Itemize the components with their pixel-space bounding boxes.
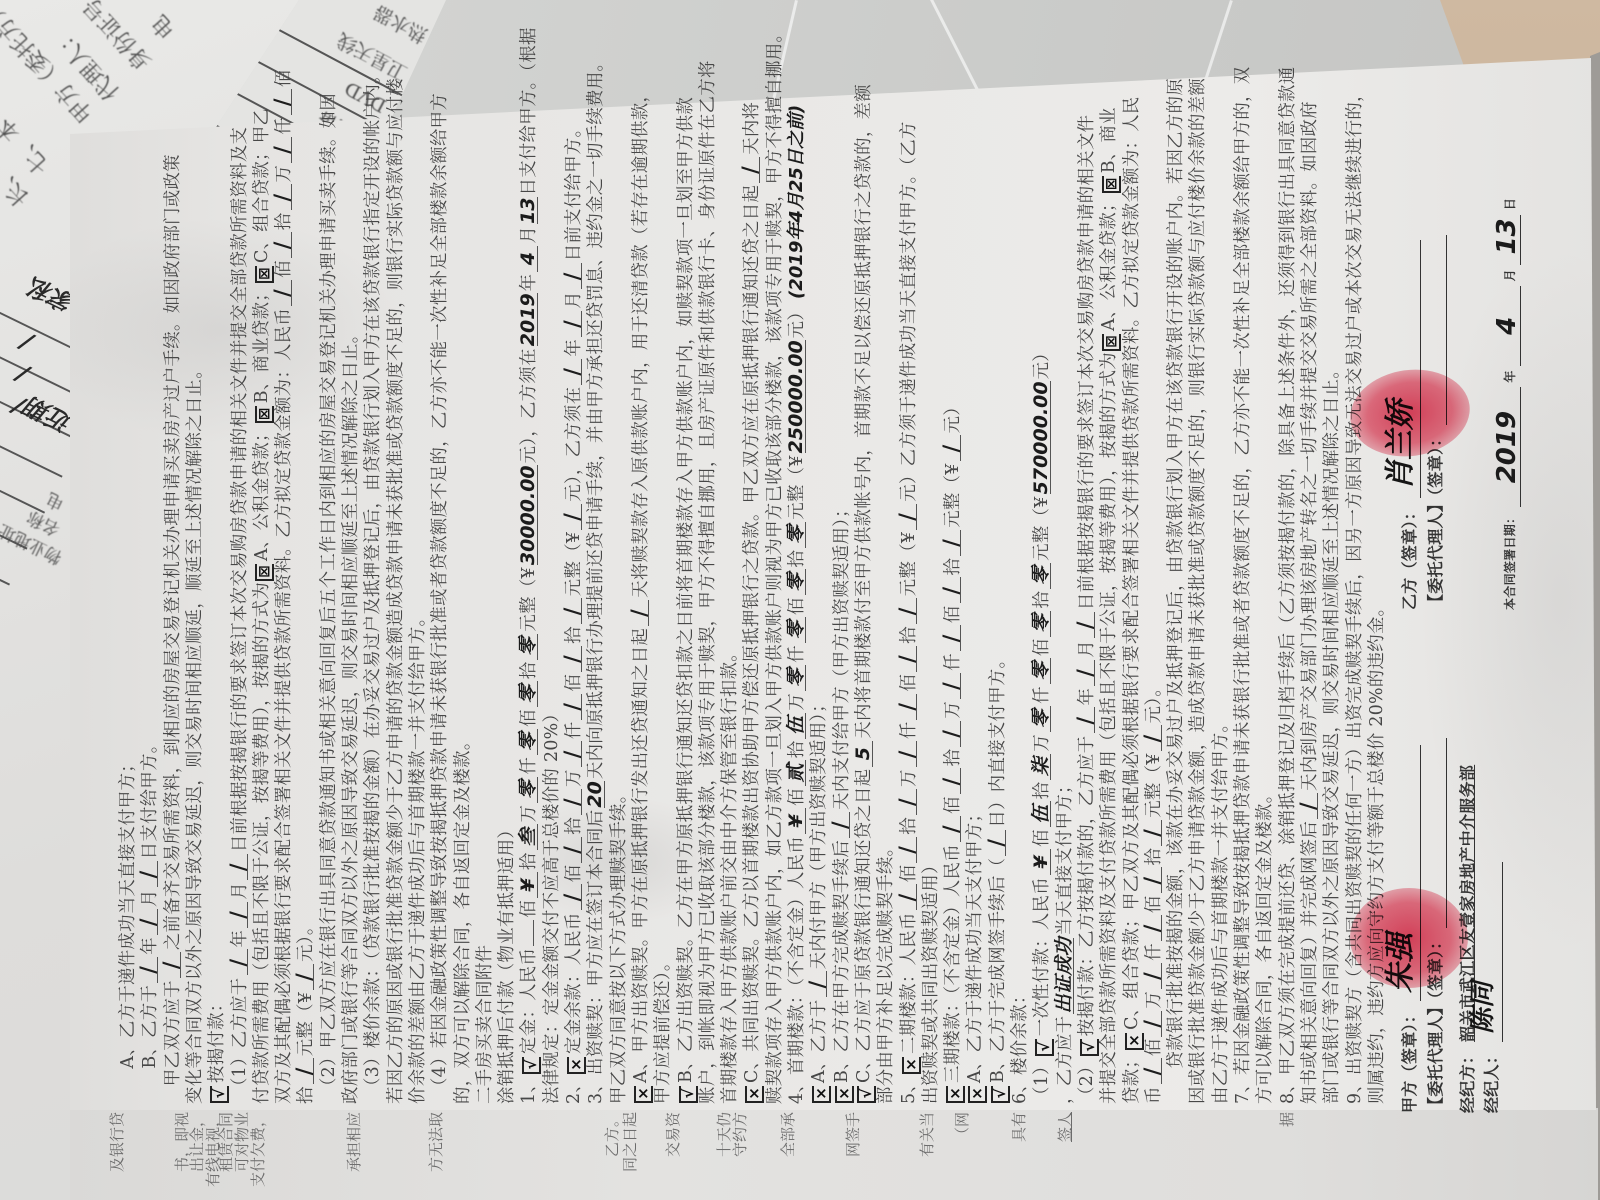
printed-text: 仟 [519,757,539,775]
checkbox-crossed-icon: × [835,1086,854,1103]
printed-text: 日）内直接支付甲方。 [988,651,1008,828]
printed-text: 年 [1077,688,1097,706]
printed-text: 由乙方于递件成功后与首期楼款一并支付给甲方。 [1211,715,1231,1104]
handwritten-field: 零 [787,522,806,548]
printed-text: 政府部门或银行等合同双方以外之原因导致交易延迟，则交易时间相应顺延至上述情况解除… [341,326,361,1104]
printed-text: 万 [1032,734,1052,752]
struck-blank-field: / [942,721,961,747]
struck-blank-field: / [942,435,961,461]
printed-text: 5、 [899,1075,919,1104]
printed-text: 定金余款：人民币 [564,912,584,1054]
printed-text: 月 [564,291,584,309]
checkbox-crossed-icon: × [745,1086,764,1103]
checkbox-checked-icon: √ [991,1086,1010,1103]
handwritten-field: 5 [854,741,873,767]
printed-text: 价余款的差额由乙方于递件成功后与首期楼款一并支付给甲方。 [408,609,428,1104]
printed-text: 账户，到帐即视为甲方已收取该部分楼款，该款项专用于赎契，甲方不得擅自挪用，且房产… [698,60,718,1104]
under-page-text: 及银行贷 书，即视 出让金， 有线电视， 租赁合同 可对物业 支付欠费， 承担相… [100,1112,1400,1200]
struck-blank-field: / [1299,793,1318,819]
handwritten-field: 零 [519,634,538,660]
contract-line: 拾/元整（¥/元）。 [295,917,317,1104]
printed-text: 按揭付款： [207,995,227,1083]
printed-text: 元），乙方须在 [564,387,584,502]
struck-blank-field: / [1143,1011,1162,1037]
printed-text: 佰 [1032,639,1052,657]
printed-text: C、共同出资赎契。乙方以首期楼款出资协助甲方偿还原抵押银行之贷款。甲乙双方应在原… [742,185,762,1083]
printed-text: 佰 [519,709,539,727]
contract-line: （4）若因金融政策性调整导致按揭抵押贷款申请未获银行批准或者贷款额度不足的，乙方… [429,93,451,1104]
printed-text: 仟 [564,722,584,740]
printed-text: 三期楼款：（不含定金）人民币 [943,844,963,1083]
printed-text: 变化等合同双方以外之原因导致交易延迟，则交易时间相应顺延，顺延至上述情况解除之日… [185,361,205,1104]
struck-blank-field: / [630,600,649,626]
printed-text: 部分由甲方补足以完成赎契手续。 [876,839,896,1104]
printed-text: 仟 [274,117,294,135]
printed-text: 拾 [564,626,584,644]
contract-line: √按揭付款： [206,995,228,1104]
checkbox-checked-icon: √ [679,1086,698,1103]
struck-blank-field: / [563,789,582,815]
printed-text: 日支付给甲方。 [140,736,160,860]
struck-blank-field: / [1143,820,1162,846]
printed-text: 月 [140,889,160,907]
printed-text: 日前支付给甲方。 [564,120,584,262]
printed-text: A、乙方于递件成功当天支付甲方； [965,805,985,1083]
year-unit: 年 [1503,370,1517,382]
contract-line: 由乙方于递件成功后与首期楼款一并支付给甲方。 [1210,715,1232,1104]
contract-line: 付贷款所需费用（包括且不限于公证，按揭等费用），按揭的方式为⊠A、公积金贷款；⊠… [251,108,273,1104]
printed-text: 佰 [787,597,807,615]
checkbox-crossed-icon: × [902,1057,921,1074]
printed-text: 双方及其配偶必须根据银行要求配合签署相关文件并提供贷款所需资料。乙方拟定贷款金额… [274,308,294,1104]
struck-blank-field: / [898,837,917,863]
printed-text: 8、甲乙双方须在完成提前还贷、涂销抵押登记及归档手续后（乙方须按揭付款的，除具备… [1278,67,1298,1104]
printed-text: 法律规定：定金金额交付不应高于总楼价的 20%） [542,705,562,1104]
sign-date-row: 本合同签署日期： 2019 年 4 月 13 日 [1499,198,1521,610]
struck-blank-field: / [898,694,917,720]
struck-blank-field: / [1076,708,1095,734]
printed-text: B、商业贷款； [252,284,272,403]
struck-blank-field: / [1143,1058,1162,1084]
printed-text: 元） [787,303,807,338]
struck-blank-field: / [139,909,158,935]
printed-text: 元整（¥ [1032,496,1052,560]
printed-text: 仟 [899,722,919,740]
printed-text: 甲乙双方应于 [163,980,183,1104]
printed-text: 年 [519,274,539,292]
contract-line: √C、乙方应于原贷款银行通知还贷之日起5天内将首期楼款付至甲方供款帐号内，首期款… [853,84,875,1104]
struck-blank-field: / [741,157,760,183]
contract-line: √B、乙方于完成网签手续后（/日）内直接支付甲方。 [987,651,1009,1104]
printed-text: 元整（¥ [564,532,584,596]
struck-blank-field: / [162,952,181,978]
month-unit: 月 [1503,269,1517,281]
handwritten-field: 4 [519,246,538,272]
printed-text: 贷款银行批准按揭的金额，该款在办妥交易过户及抵押登记后，由贷款银行划入甲方在该贷… [1166,78,1186,1104]
sign-date-day-field: 13 [1500,215,1521,265]
printed-text: 万 [787,693,807,711]
struck-blank-field: / [273,185,292,211]
handwritten-field: 伍 [787,713,806,739]
printed-text: 拾 [787,550,807,568]
printed-text: 佰 [274,260,294,278]
printed-text: 甲方应提前偿还）。 [653,953,673,1104]
checkbox-checked-icon: √ [1080,1039,1099,1056]
handwritten-field: ¥ [519,872,538,898]
under-page-fragment: 同之日起 [622,1112,639,1172]
contract-line: （2）√按揭付款：乙方按揭付款的，乙方应于/年/月/日前根据按揭银行的要求签订本… [1076,115,1098,1104]
contract-line: 出资赎契或共同出资赎契适用） [920,856,942,1104]
struck-blank-field: / [808,971,827,997]
printed-text: （4）若因金融政策性调整导致按揭抵押贷款申请未获银行批准或者贷款额度不足的，乙方… [430,93,450,1104]
printed-text: 元整（¥ [943,463,963,527]
printed-text: 若因乙方的原因或银行批准贷款金额少于乙方申请的贷款金额造成贷款申请未获批准或贷款… [386,78,406,1104]
handwritten-field: 叁 [519,824,538,850]
printed-text: A、乙方于递件成功当天直接支付甲方； [118,755,138,1104]
printed-text: （3）楼价余款：（贷款银行批准按揭的金额）在办妥交易过户及抵押登记后，由贷款银行… [363,66,383,1104]
contract-line: 二手房买卖合同附件 [474,945,496,1104]
handwritten-field: ¥ [1032,849,1051,875]
printed-text: 拾 [519,662,539,680]
contract-line: （1）√一次性付款：人民币¥佰伍拾柒万零仟零佰零拾零元整（¥570000.00元… [1031,344,1053,1104]
struck-blank-field: / [987,830,1006,856]
printed-text: 佰 [519,900,539,918]
back-sheet-text: 电 [144,9,182,46]
struck-blank-field: / [1143,725,1162,751]
printed-text: 年 [140,937,160,955]
printed-text: 仟 [943,653,963,671]
printed-text: 部门或银行等合同双方以外之原因导致交易延迟，则交易时间相应顺延至上述情况解除之日… [1322,361,1342,1104]
printed-text: 天内将首期楼款付至甲方供款帐号内，首期款不足以偿还原抵押银行之贷款的，差额 [854,84,874,739]
struck-blank-field: / [273,137,292,163]
printed-text: 拾 [1032,591,1052,609]
contract-line: 双方及其配偶必须根据银行要求配合签署相关文件并提供贷款所需资料。乙方拟定贷款金额… [273,69,295,1104]
handwritten-field: 570000.00 [1032,381,1051,494]
printed-text: C、乙方应于原贷款银行通知还贷之日起 [854,769,874,1083]
printed-text: C、组合贷款；甲乙 [252,108,272,263]
printed-text: 贷款； [1122,1051,1142,1104]
printed-text: 日支付给甲方。（根据 [519,27,539,195]
handwritten-field: 零 [519,681,538,707]
printed-text: 月 [1077,640,1097,658]
printed-text: A、公积金贷款； [1099,194,1119,331]
fingerprint-party-a [1350,888,1468,988]
printed-text: 年 [230,930,250,948]
printed-text: 佰 [787,788,807,806]
checkbox-checked-icon: √ [210,1086,229,1103]
printed-text: 拾 [943,558,963,576]
struck-blank-field: / [831,812,850,838]
printed-text: 仟 [1144,943,1164,961]
struck-blank-field: / [229,854,248,880]
contract-line: 甲乙双方同意按以下方式办理赎契手续。 [608,786,630,1104]
printed-text: 拾 [274,213,294,231]
struck-blank-field: / [563,311,582,337]
struck-blank-field: / [139,861,158,887]
printed-text: 元），乙方须在 [519,348,539,463]
printed-text: 佰 [899,674,919,692]
contract-line: ×C、共同出资赎契。乙方以首期楼款出资协助甲方偿还原抵押银行之贷款。甲乙双方应在… [741,102,763,1104]
printed-text: 拾 [899,817,919,835]
checkbox-boxed-x-icon: ⊠ [255,266,274,283]
struck-blank-field: / [942,530,961,556]
handwritten-field: 2019 [519,293,538,346]
contract-line: 涂销抵押后付款（物业有抵押适用） [496,821,518,1104]
contract-line: √B、乙方出资赎契。乙方在甲方原抵押银行通知还贷扣款之日前将首期楼款存入甲方供款… [675,97,697,1104]
printed-text: 佰 [943,796,963,814]
contract-line: 部门或银行等合同双方以外之原因导致交易延迟，则交易时间相应顺延至上述情况解除之日… [1321,361,1343,1104]
printed-text: 拾 [296,1086,316,1104]
struck-blank-field: / [898,598,917,624]
printed-text: 天内支付给甲方（甲方出资赎契适用）； [832,500,852,810]
struck-blank-field: / [229,950,248,976]
under-page-fragment: 网签手 [845,1112,862,1157]
printed-text: 因或银行批准贷款金额少于乙方申请贷款金额，造成贷款申请未获批准或贷款额度不足的，… [1188,78,1208,1104]
under-page-fragment: 全部承 [780,1112,797,1157]
contract-line: 并提交全部贷款所需资料及支付贷款所需费用（包括且不限于公证，按揭等费用），按揭的… [1098,107,1120,1104]
agent-label: 经纪人： [1482,1048,1501,1113]
printed-text: 当天直接支付甲方； [1055,776,1075,935]
printed-text: （1） [1032,1057,1052,1104]
struck-blank-field: / [563,263,582,289]
struck-blank-field: / [1076,660,1095,686]
contract-line: （2）甲乙双方应在银行出具同意贷款通知书或相关意向回复后五个工作日内到相应的房屋… [318,93,340,1104]
contract-line: 赎契款项存入甲方供款账户内，如乙方款项一旦划入甲方供款账户则视为甲方已收取该部分… [764,25,786,1104]
printed-text: 佰 [1144,1039,1164,1057]
contract-line: A、乙方于递件成功当天直接支付甲方； [117,755,139,1104]
struck-blank-field: / [563,646,582,672]
contract-line: 因或银行批准贷款金额少于乙方申请贷款金额，造成贷款申请未获批准或贷款额度不足的，… [1187,78,1209,1104]
printed-text: 佰 [1032,829,1052,847]
under-page-fragment: 承担相应 [346,1112,363,1172]
printed-text: 元） [943,398,963,433]
contract-line: 甲方应提前偿还）。 [652,953,674,1104]
checkbox-crossed-icon: × [812,1086,831,1103]
checkbox-boxed-x-icon: ⊠ [255,564,274,581]
printed-text: 二手房买卖合同附件 [475,945,495,1104]
printed-text: 万 [564,769,584,787]
sign-date-year: 2019 [1492,401,1522,493]
handwritten-field: 零 [1032,658,1051,684]
struck-blank-field: / [295,964,314,990]
contract-line: 甲乙双方应于/之前备齐交易所需资料，到相应的房屋交易登记机关办理申请买卖房产过户… [162,154,184,1104]
printed-text: 付贷款所需费用（包括且不限于公证，按揭等费用），按揭的方式为 [252,582,272,1104]
contract-line: 4、首期楼款：（不含定金）人民币¥佰贰拾伍万零仟零佰零拾零元整（¥250000.… [786,105,808,1104]
struck-blank-field: / [273,280,292,306]
struck-blank-field: / [942,578,961,604]
checkbox-crossed-icon: × [567,1057,586,1074]
handwritten-field: 30000.00 [519,465,538,565]
contract-line: 8、甲乙双方须在完成提前还贷、涂销抵押登记及归档手续后（乙方须按揭付款的，除具备… [1277,67,1299,1104]
printed-text: C、组合贷款；甲乙双方及其配偶必须根据银行要求配合签署相关文件并提供贷款所需资料… [1122,96,1142,1030]
party-b-agent-label: 【委托代理人】（签章）： [1426,430,1445,610]
under-page-fragment: （网 [954,1112,971,1142]
handwritten-field: 贰 [787,760,806,786]
handwritten-field: 零 [1032,563,1051,589]
printed-text: 天内到房产交易部门办理该房地产转名之一切手续并提交交易所需之全部资料。如因政府 [1300,101,1320,791]
printed-text: 的，双方可以解除合同，各自返回定金及楼款。 [453,732,473,1104]
printed-text: 币 [1144,1086,1164,1104]
struck-blank-field: / [273,89,292,115]
struck-blank-field: / [563,694,582,720]
printed-text: B、乙方在甲方完成赎契手续后 [832,840,852,1083]
checkbox-boxed-x-icon: ⊠ [255,406,274,423]
printed-text: 7、若因金融政策性调整导致按揭抵押贷款申请未获银行批准或者贷款额度不足的，乙方亦… [1233,67,1253,1104]
under-page-fragment: 乙方。 [604,1112,621,1157]
struck-blank-field: / [942,625,961,651]
contract-line: ×B、乙方在甲方完成赎契手续后/天内支付给甲方（甲方出资赎契适用）； [831,500,853,1104]
printed-text: 天内向原抵押银行办理提前还贷申请手续，并由甲方承担还贷罚息、违约金之一切手续费用… [586,54,606,779]
struck-blank-field: / [563,837,582,863]
handwritten-field: 零 [519,777,538,803]
printed-text: 仟 [787,645,807,663]
handwritten-field: 出证成功 [1055,938,1074,1014]
printed-text: 佰 [564,865,584,883]
handwritten-field: 柒 [1032,754,1051,780]
printed-text: 则属违约，违约方应向守约方支付等额于总楼价 20%的违约金。 [1367,599,1387,1104]
contract-line: 贷款银行批准按揭的金额，该款在办妥交易过户及抵押登记后，由贷款银行划入甲方在该贷… [1165,78,1187,1104]
printed-text: 元整（¥ [1144,753,1164,817]
broker-label: 经纪方： [1458,1048,1477,1113]
photo-canvas: 设备 DVD 卫星天线 热水器 甲方（委托方） 代理人： 身份证号 电 七、本 … [0,0,1600,1200]
under-page-fragment: 有关当 [919,1112,936,1157]
printed-text: 元）乙方须于递件成功当天直接支付甲方。（乙方 [899,121,919,502]
contract-line: ，乙方应于出证成功当天直接支付甲方； [1054,776,1076,1104]
printed-text: 元整（¥ [296,992,316,1056]
sign-date-label: 本合同签署日期： [1503,512,1517,610]
checkbox-boxed-x-icon: ⊠ [1102,334,1121,351]
struck-blank-field: / [1143,915,1162,941]
contract-line: 账户，到帐即视为甲方已收取该部分楼款，该款项专用于赎契，甲方不得擅自挪用，且房产… [697,60,719,1104]
handwritten-field: 零 [787,617,806,643]
under-page-fragment: 具有 [1011,1112,1028,1142]
struck-blank-field: / [898,884,917,910]
handwritten-field: 250000.00 [787,340,806,453]
printed-text: 甲乙双方同意按以下方式办理赎契手续。 [609,786,629,1104]
struck-blank-field: / [229,902,248,928]
struck-blank-field: / [898,646,917,672]
printed-text: 拾 [899,626,919,644]
struck-blank-field: / [942,673,961,699]
printed-text: 天内将 [742,102,762,155]
printed-text: 万 [899,769,919,787]
printed-text: B、乙方于完成网签手续后（ [988,858,1008,1083]
contract-line: ×A、乙方于递件成功当天支付甲方； [964,805,986,1104]
struck-blank-field: / [563,884,582,910]
printed-text: A、公积金贷款； [252,424,272,561]
printed-text: 拾 [1144,848,1164,866]
printed-text: 元）。 [296,917,316,961]
contract-line: 贷款；×C、组合贷款；甲乙双方及其配偶必须根据银行要求配合签署相关文件并提供贷款… [1121,96,1143,1104]
checkbox-checked-icon: √ [857,1086,876,1103]
checkbox-crossed-icon: × [968,1086,987,1103]
printed-text: 方可以解除合同，各自返回定金及楼款。 [1255,786,1275,1104]
printed-text: 元整（¥ [519,567,539,631]
struck-blank-field: / [563,598,582,624]
printed-text: 拾 [564,817,584,835]
printed-text: （2） [1077,1057,1097,1104]
under-page-fragment: 交易资 [665,1112,682,1157]
handwritten-field: 零 [1032,611,1051,637]
printed-text: （2）甲乙双方应在银行出具同意贷款通知书或相关意向回复后五个工作日内到相应的房屋… [319,93,339,1104]
printed-text: A、乙方于 [809,999,829,1083]
printed-text: 日前根据按揭银行的要求签订本次交易购房贷款申请的相关文件 [1077,115,1097,610]
contract-line: 若因乙方的原因或银行批准贷款金额少于乙方申请的贷款金额造成贷款申请未获批准或贷款… [385,78,407,1104]
contract-line: 首期楼款存入甲方供款账户前交由中介方保管至银行扣款。 [719,644,741,1104]
contract-line: 价余款的差额由乙方于递件成功后与首期楼款一并支付给甲方。 [407,609,429,1104]
printed-text: 佰 [564,674,584,692]
sign-date-year-field: 2019 [1500,387,1521,507]
printed-text: ，乙方应于 [1055,1016,1075,1104]
printed-text: 6、楼价余款： [1010,986,1030,1104]
struck-blank-field: / [563,359,582,385]
printed-text: 二期楼款：人民币 [899,912,919,1054]
contract-line: 7、若因金融政策性调整导致按揭抵押贷款申请未获银行批准或者贷款额度不足的，乙方亦… [1232,67,1254,1104]
handwritten-note: (2019年4月25日之前) [786,105,807,299]
printed-text: 万 [519,805,539,823]
handwritten-field [533,920,534,946]
printed-text: 月 [519,226,539,244]
printed-text: 拾 [1032,782,1052,800]
contract-line: 法律规定：定金金额交付不应高于总楼价的 20%） [541,705,563,1104]
printed-text: 拾 [787,741,807,759]
printed-text: B、商业 [1099,107,1119,173]
handwritten-field: 伍 [1032,801,1051,827]
contract-line: 方可以解除合同，各自返回定金及楼款。 [1254,786,1276,1104]
printed-text: 佰 [274,69,294,87]
printed-text: 4、首期楼款：（不含定金）人民币 [787,836,807,1104]
struck-blank-field: / [898,789,917,815]
contract-line: 的，双方可以解除合同，各自返回定金及楼款。 [452,732,474,1104]
sign-date-day: 13 [1492,208,1522,264]
contract-line: 变化等合同双方以外之原因导致交易延迟，则交易时间相应顺延，顺延至上述情况解除之日… [184,361,206,1104]
contract-line: ×A、乙方于/天内付甲方（甲方出资赎契适用）； [808,695,830,1104]
under-page-fragment: 据 [1279,1112,1296,1127]
contract-line: （1）乙方应于/年/月/日前根据按揭银行的要求签订本次交易购房贷款申请的相关文件… [229,127,251,1104]
handwritten-field: 零 [787,665,806,691]
struck-blank-field: / [898,504,917,530]
printed-text: 日前根据按揭银行的要求签订本次交易购房贷款申请的相关文件并提交全部贷款所需资料及… [230,127,250,852]
checkbox-crossed-icon: × [1125,1033,1144,1050]
printed-text: 首期楼款存入甲方供款账户前交由中介方保管至银行扣款。 [720,644,740,1104]
printed-text: 并提交全部贷款所需资料及支付贷款所需费用（包括且不限于公证，按揭等费用），按揭的… [1099,352,1119,1104]
contract-line: ×A、甲方出资赎契。甲方在原抵押银行发出还贷通知之日起/天将赎契款存入原供款账户… [630,85,652,1104]
checkbox-checked-icon: √ [522,1057,541,1074]
struck-blank-field: / [1076,612,1095,638]
under-page-fragment: 签人 [1057,1112,1074,1142]
sign-date-month-field: 4 [1500,286,1521,366]
contract-line: ×三期楼款：（不含定金）人民币/佰/拾/万/仟/佰/拾/元整（¥/元） [942,398,964,1104]
printed-text: B、乙方出资赎契。乙方在甲方原抵押银行通知还贷扣款之日前将首期楼款存入甲方供款账… [676,97,696,1083]
printed-text: 涂销抵押后付款（物业有抵押适用） [497,821,517,1104]
contract-line: 则属违约，违约方应向守约方支付等额于总楼价 20%的违约金。 [1366,599,1388,1104]
struck-blank-field: / [139,957,158,983]
printed-text: 拾 [943,749,963,767]
contract-line: 5、×二期楼款：人民币/佰/拾/万/仟/佰/拾/元整（¥/元）乙方须于递件成功当… [898,121,920,1104]
printed-text: 之前备齐交易所需资料，到相应的房屋交易登记机关办理申请买卖房产过户手续。如因政府… [163,154,183,950]
contract-line: 部分由甲方补足以完成赎契手续。 [875,839,897,1104]
printed-text: A、甲方出资赎契。甲方在原抵押银行发出还贷通知之日起 [631,628,651,1083]
printed-text: 赎契款项存入甲方供款账户内，如乙方款项一旦划入甲方供款账户则视为甲方已收取该部分… [765,25,785,1104]
under-page-fragment: 方无法取 [428,1112,445,1172]
struck-blank-field: / [1143,867,1162,893]
contract-line: B、乙方于/年/月/日支付给甲方。 [139,736,161,1104]
under-page-fragment: 支付欠费， [250,1112,267,1187]
contract-line: 2、×定金余款：人民币/佰/拾/万/仟/佰/拾/元整（¥/元），乙方须在/年/月… [563,120,585,1104]
under-page-fragment: 及银行贷 [109,1112,126,1172]
printed-text: （1）乙方应于 [230,978,250,1105]
struck-blank-field: / [563,741,582,767]
